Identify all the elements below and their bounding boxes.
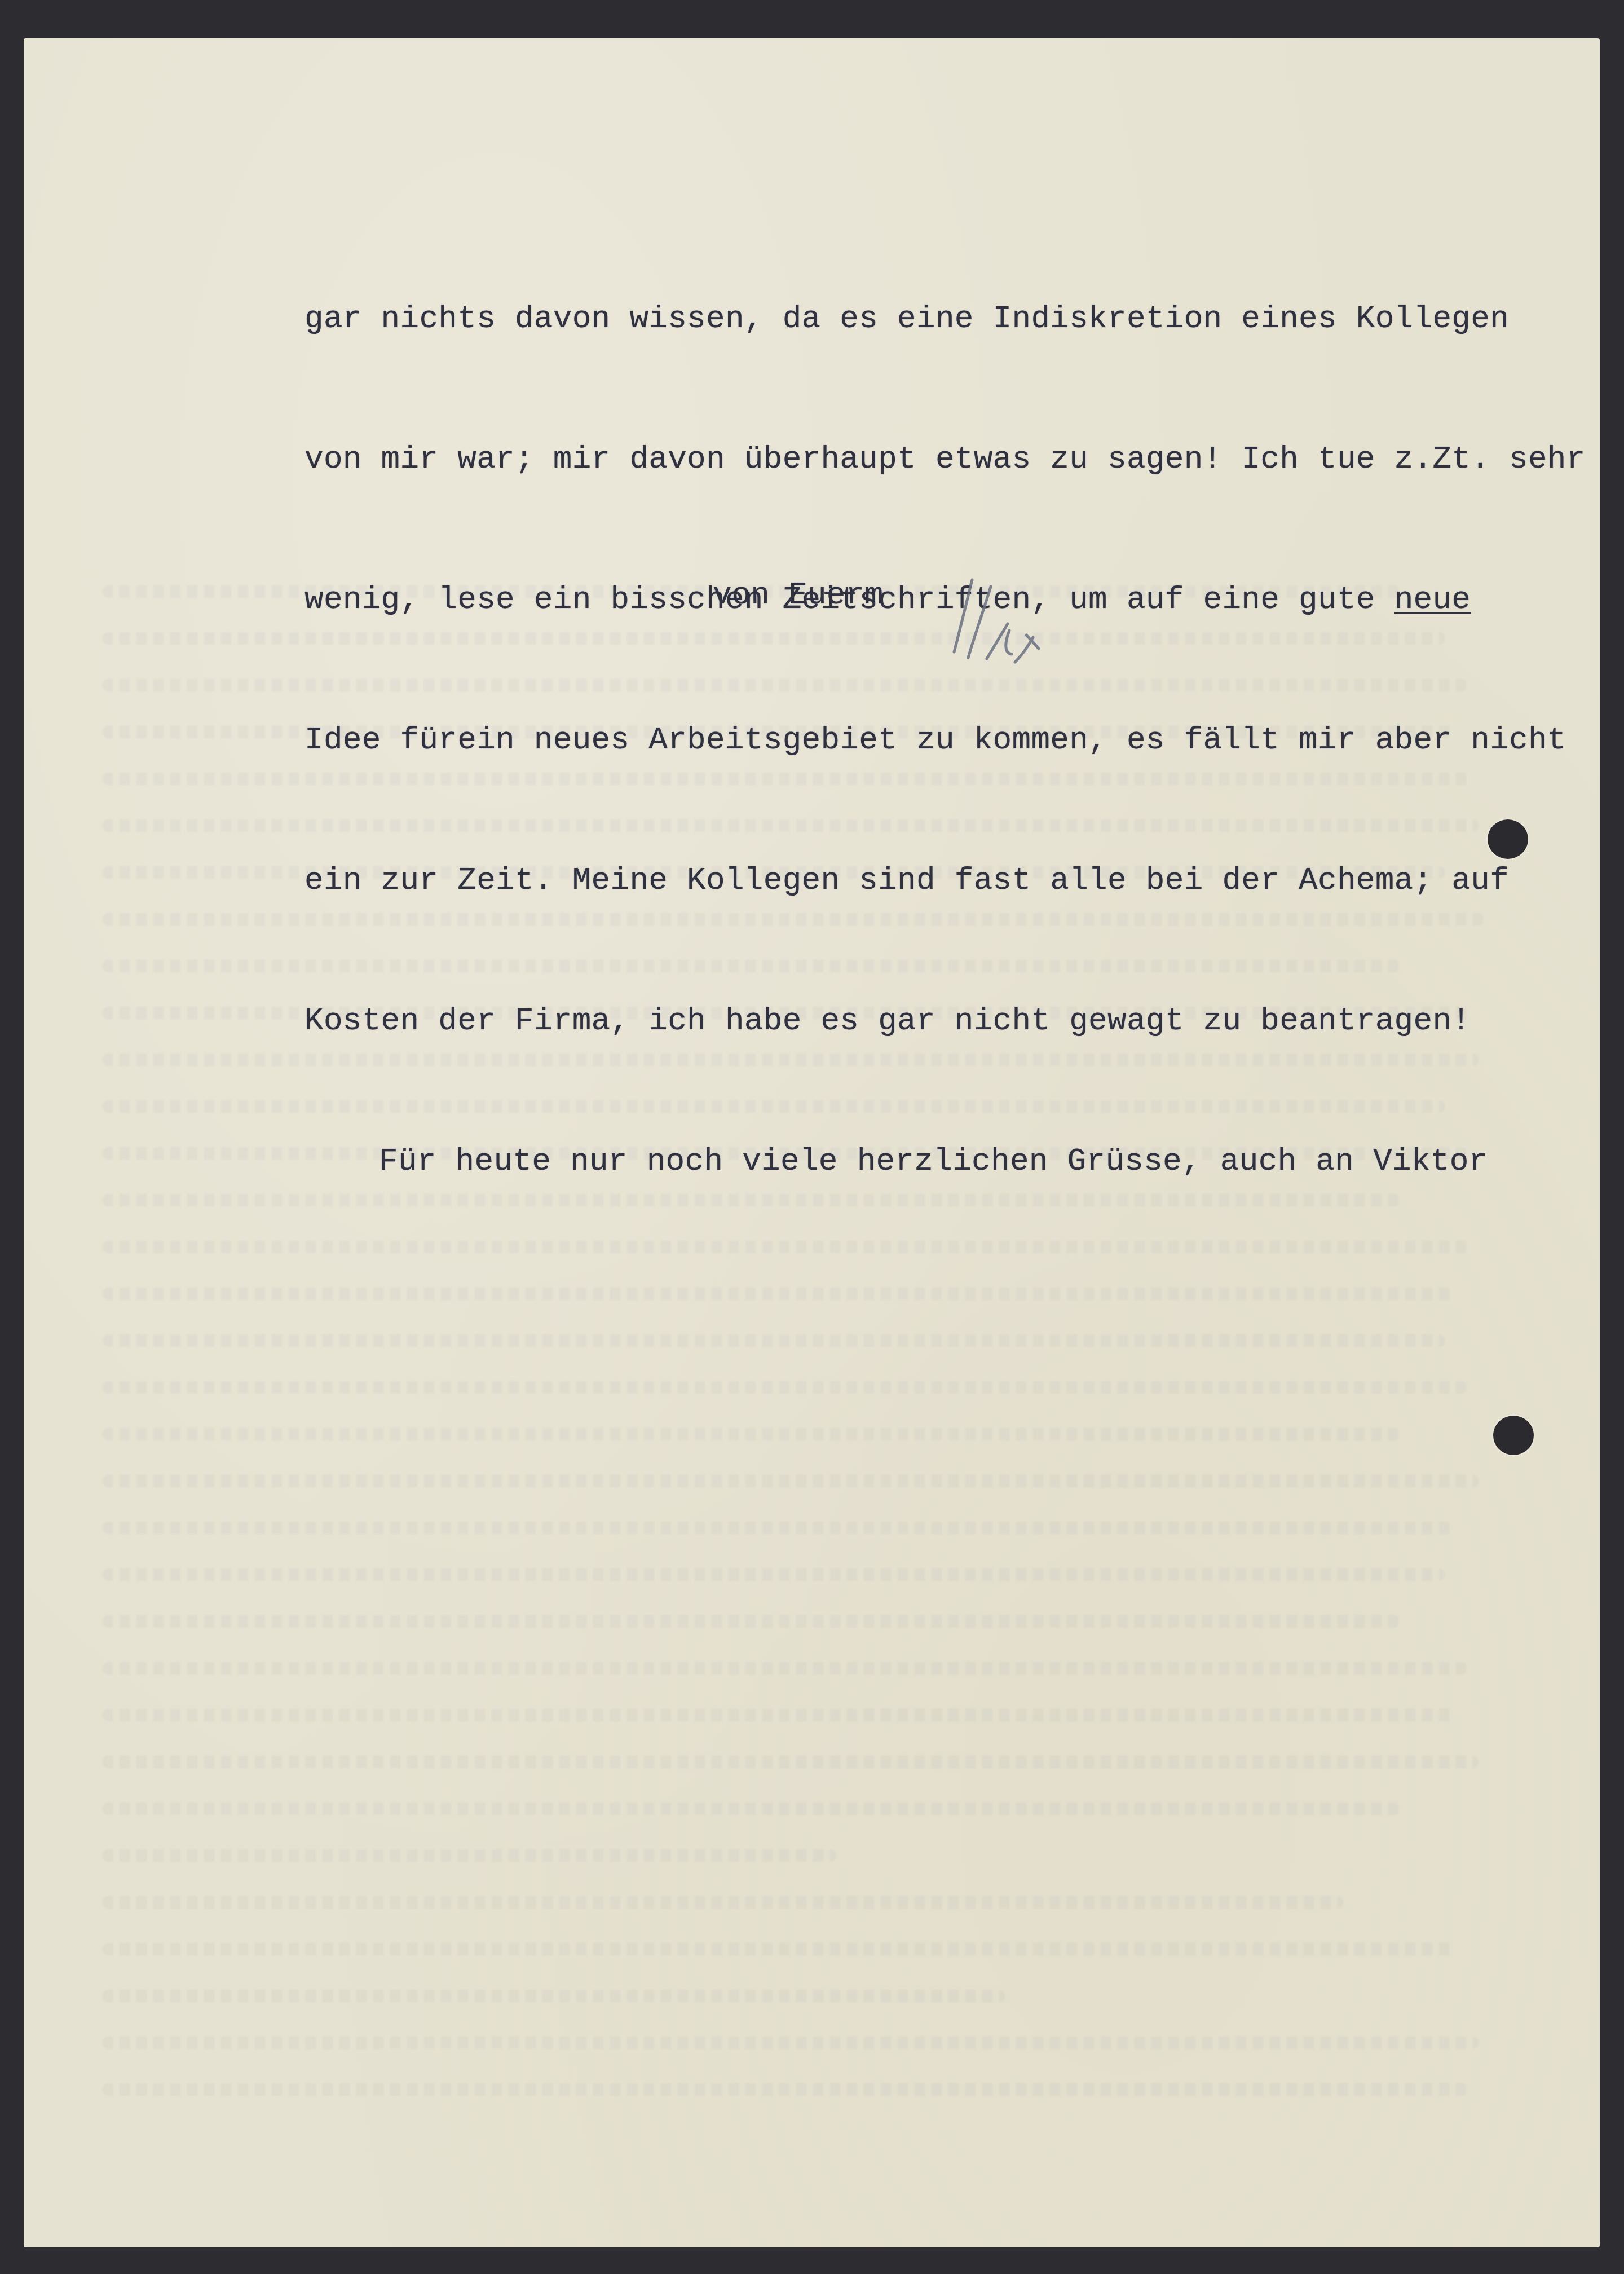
letter-page: gar nichts davon wissen, da es eine Indi… [24,38,1600,2247]
show-through-texture [103,2083,1467,2096]
show-through-texture [103,1615,1400,1628]
body-line-6: Kosten der Firma, ich habe es gar nicht … [304,998,1600,1045]
show-through-texture [103,1849,836,1862]
show-through-texture [103,1803,1400,1815]
body-line-4: Idee fürein neues Arbeitsgebiet zu komme… [304,717,1600,764]
show-through-texture [103,1288,1456,1300]
show-through-texture [103,1428,1400,1440]
show-through-texture [103,1662,1467,1674]
show-through-texture [103,1522,1456,1534]
signature-icon [937,557,1061,670]
show-through-texture [103,2037,1479,2049]
greeting-line: Für heute nur noch viele herzlichen Grüs… [304,1138,1600,1185]
show-through-texture [103,1756,1479,1768]
show-through-texture [103,1709,1456,1721]
body-line-2: von mir war; mir davon überhaupt etwas z… [304,436,1600,483]
punch-hole-lower [1493,1416,1534,1455]
body-line-5: ein zur Zeit. Meine Kollegen sind fast a… [304,857,1600,904]
show-through-texture [103,1896,1343,1909]
show-through-texture [103,1990,1005,2002]
body-line-1: gar nichts davon wissen, da es eine Indi… [304,296,1600,342]
show-through-texture [103,1568,1445,1581]
letter-body: gar nichts davon wissen, da es eine Indi… [304,202,1600,1279]
show-through-texture [103,1334,1445,1347]
show-through-texture [103,1943,1456,1955]
handwritten-signature [937,557,1061,670]
underlined-word: neue [1394,581,1471,618]
show-through-texture [103,1475,1479,1487]
closing-phrase: von Euerm [713,577,883,613]
show-through-texture [103,1381,1467,1394]
